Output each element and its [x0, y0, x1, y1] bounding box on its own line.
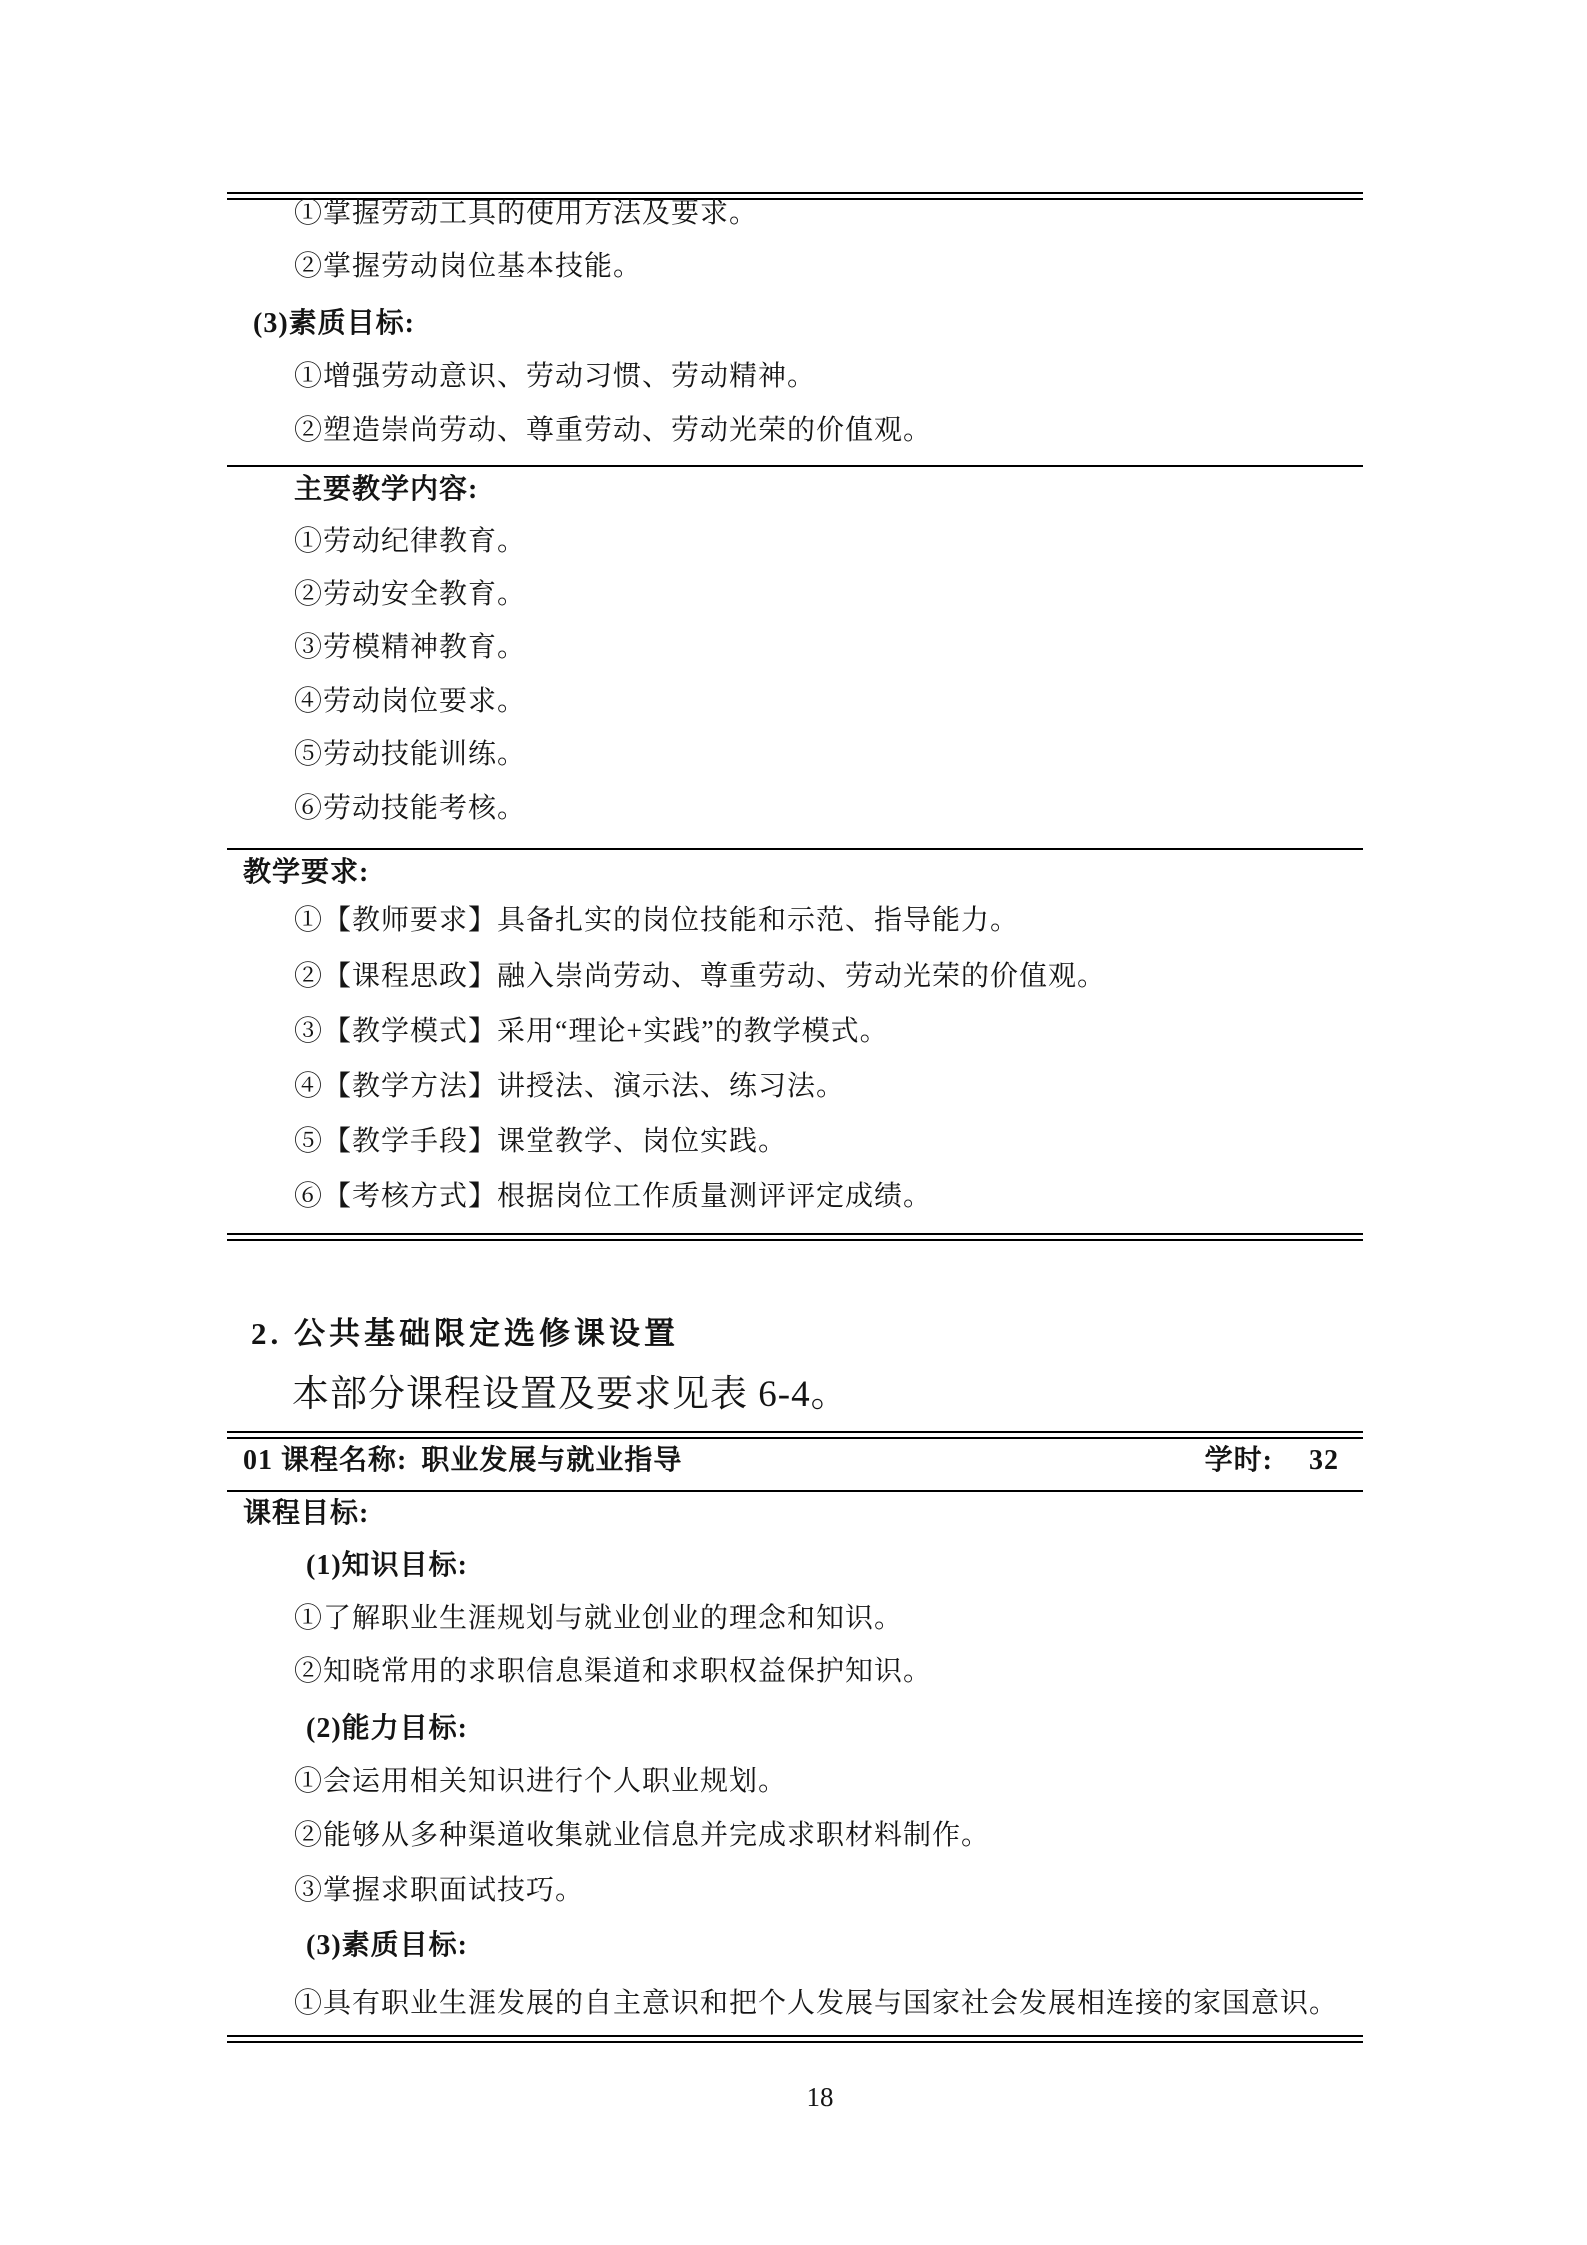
row-divider: [227, 1490, 1363, 1492]
list-item: ②劳动安全教育。: [294, 579, 526, 611]
list-item: ③掌握求职面试技巧。: [294, 1875, 584, 1907]
list-item: ②掌握劳动岗位基本技能。: [294, 251, 642, 283]
list-item: ④劳动岗位要求。: [294, 686, 526, 718]
list-item: ①了解职业生涯规划与就业创业的理念和知识。: [294, 1603, 903, 1635]
course-title-cell: 01 课程名称:职业发展与就业指导: [243, 1438, 682, 1478]
list-item: ①【教师要求】具备扎实的岗位技能和示范、指导能力。: [294, 905, 1019, 937]
list-item: ⑥【考核方式】根据岗位工作质量测评评定成绩。: [294, 1181, 932, 1213]
section-heading: 2. 公共基础限定选修课设置: [251, 1308, 679, 1353]
teaching-content-header: 主要教学内容:: [294, 474, 478, 506]
course-header-row: 01 课程名称:职业发展与就业指导 学时:32: [227, 1438, 1363, 1478]
row-divider: [227, 465, 1363, 467]
list-item: ②知晓常用的求职信息渠道和求职权益保护知识。: [294, 1656, 932, 1688]
quality-goals-header: (3)素质目标:: [253, 308, 415, 340]
list-item: ④【教学方法】讲授法、演示法、练习法。: [294, 1071, 845, 1103]
list-item: ②【课程思政】融入崇尚劳动、尊重劳动、劳动光荣的价值观。: [294, 961, 1106, 993]
table-bottom-border: [227, 2035, 1363, 2043]
quality-goals-header: (3)素质目标:: [306, 1930, 468, 1962]
list-item: ①劳动纪律教育。: [294, 526, 526, 558]
table-bottom-border: [227, 1233, 1363, 1241]
section-intro-paragraph: 本部分课程设置及要求见表 6-4。: [292, 1363, 849, 1417]
teaching-requirements-header: 教学要求:: [243, 857, 369, 889]
course-hours-cell: 学时:32: [1205, 1438, 1339, 1478]
list-item: ②能够从多种渠道收集就业信息并完成求职材料制作。: [294, 1820, 990, 1852]
list-item: ①增强劳动意识、劳动习惯、劳动精神。: [294, 361, 816, 393]
list-item: ③劳模精神教育。: [294, 632, 526, 664]
list-item: ⑤劳动技能训练。: [294, 739, 526, 771]
ability-goals-header: (2)能力目标:: [306, 1713, 468, 1745]
list-item: ②塑造崇尚劳动、尊重劳动、劳动光荣的价值观。: [294, 415, 932, 447]
list-item: ①具有职业生涯发展的自主意识和把个人发展与国家社会发展相连接的家国意识。: [294, 1988, 1338, 2020]
knowledge-goals-header: (1)知识目标:: [306, 1550, 468, 1582]
page-number: 18: [0, 2082, 1587, 2113]
list-item: ①会运用相关知识进行个人职业规划。: [294, 1766, 787, 1798]
document-page: ①掌握劳动工具的使用方法及要求。 ②掌握劳动岗位基本技能。 (3)素质目标: ①…: [0, 0, 1587, 2245]
course-goals-header: 课程目标:: [243, 1498, 369, 1530]
hours-label: 学时:: [1205, 1445, 1273, 1476]
row-divider: [227, 848, 1363, 850]
course-number-label: 01 课程名称:: [243, 1445, 407, 1476]
hours-value: 32: [1309, 1445, 1339, 1476]
list-item: ⑤【教学手段】课堂教学、岗位实践。: [294, 1126, 787, 1158]
list-item: ⑥劳动技能考核。: [294, 793, 526, 825]
list-item: ①掌握劳动工具的使用方法及要求。: [294, 198, 758, 230]
list-item: ③【教学模式】采用“理论+实践”的教学模式。: [294, 1016, 889, 1048]
course-name: 职业发展与就业指导: [421, 1445, 682, 1476]
